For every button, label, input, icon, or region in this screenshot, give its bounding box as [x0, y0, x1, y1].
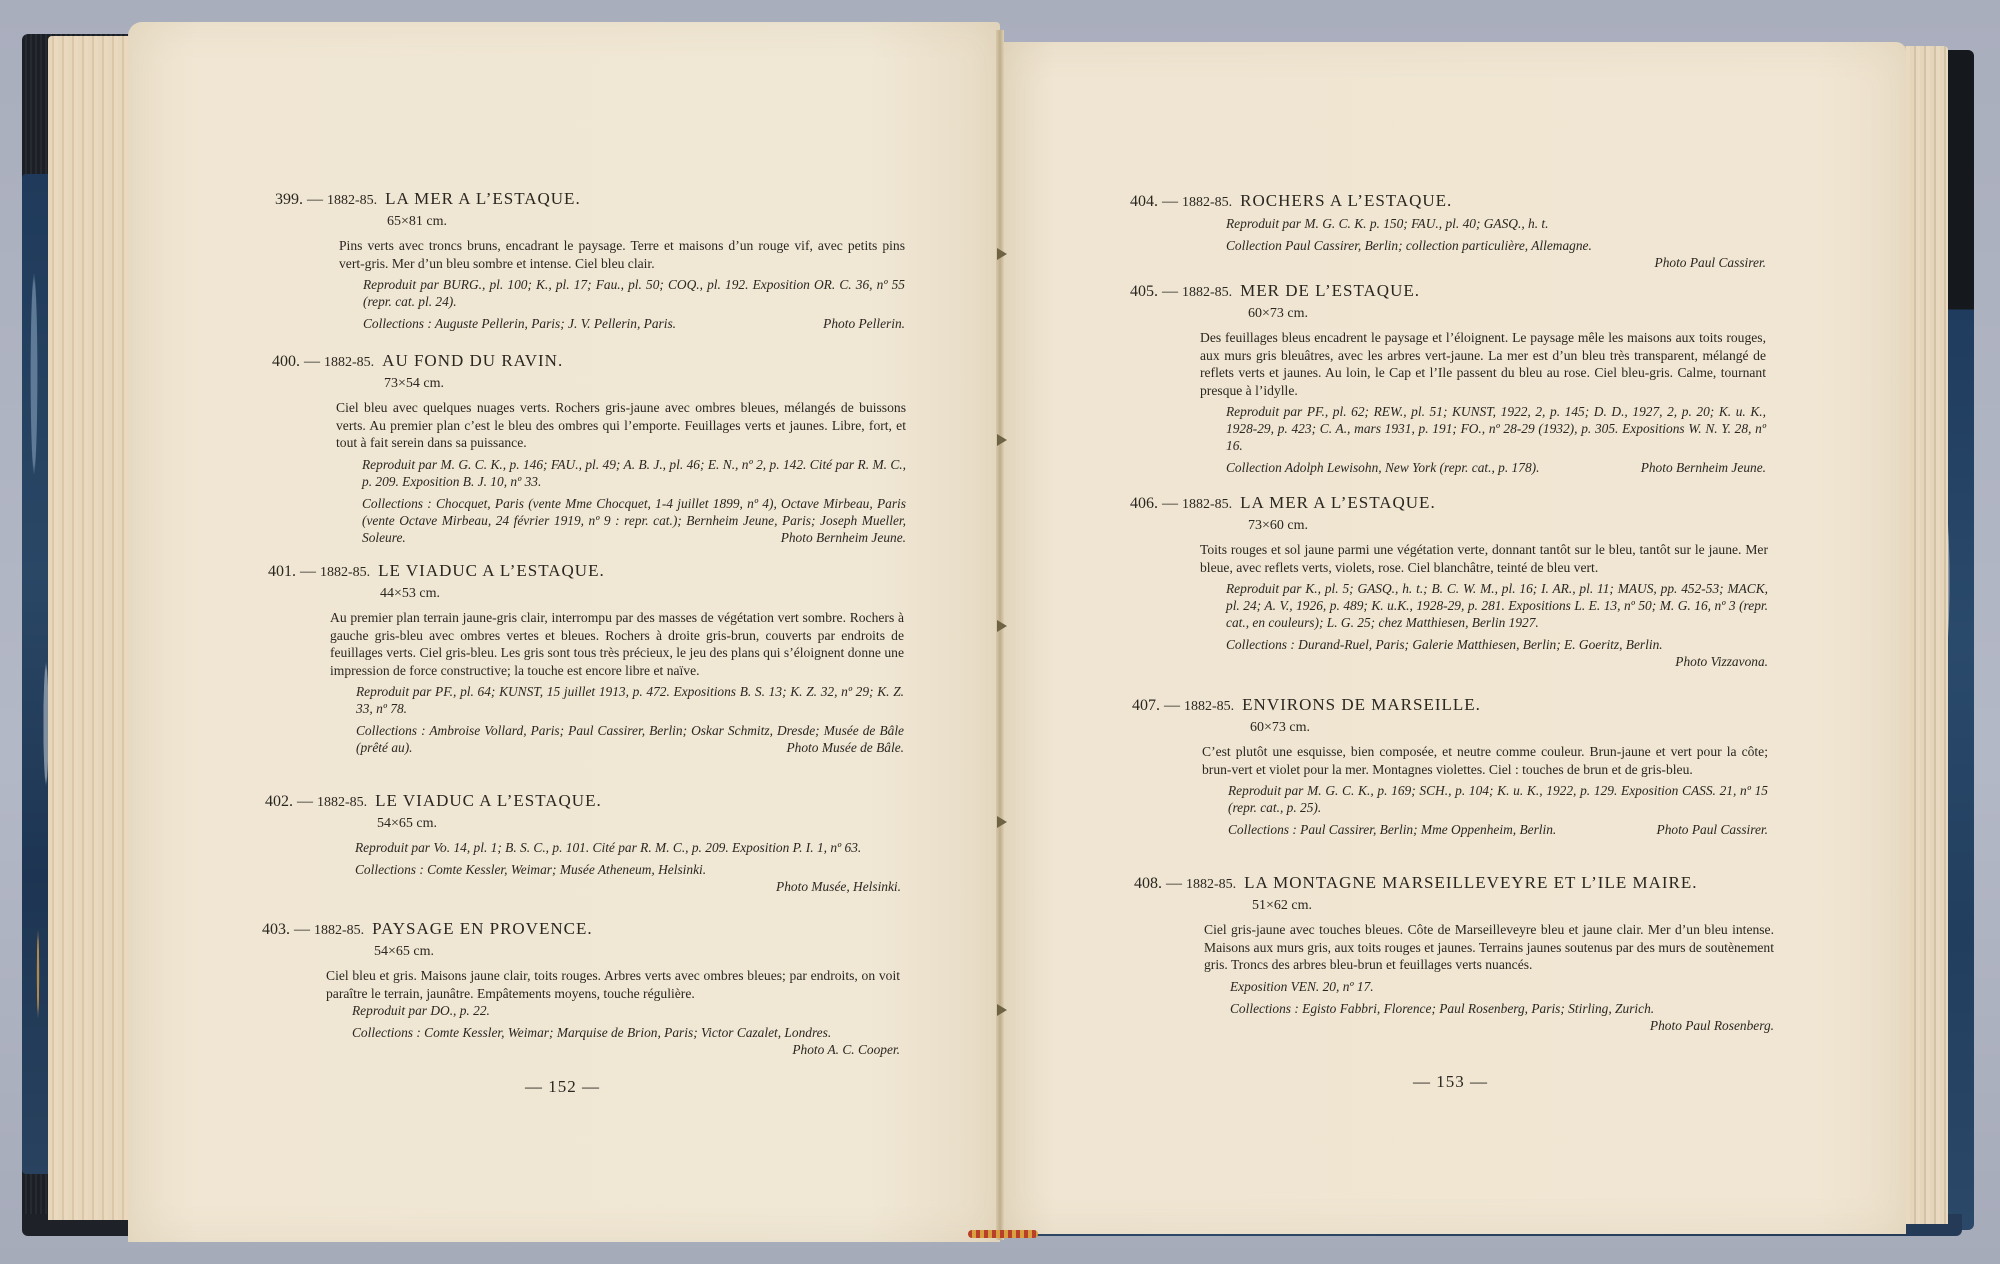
catalogue-entry-403: 403.—1882-85.PAYSAGE EN PROVENCE. 54×65 … [262, 920, 900, 1058]
entry-photo-credit: Photo A. C. Cooper. [262, 1041, 900, 1058]
entry-heading: 404.—1882-85.ROCHERS A L’ESTAQUE. [1130, 192, 1766, 212]
entry-title: MER DE L’ESTAQUE. [1240, 281, 1420, 300]
entry-description: Au premier plan terrain jaune-gris clair… [330, 609, 904, 679]
catalogue-entry-402: 402.—1882-85.LE VIADUC A L’ESTAQUE. 54×6… [265, 792, 901, 895]
entry-reproductions: Reproduit par PF., pl. 64; KUNST, 15 jui… [356, 683, 904, 717]
entry-photo-credit: Photo Paul Cassirer. [1657, 821, 1768, 838]
entry-collections: Collections : Paul Cassirer, Berlin; Mme… [1228, 821, 1556, 838]
entry-reproductions: Reproduit par M. G. C. K. p. 150; FAU., … [1226, 215, 1766, 232]
entry-reproductions: Exposition VEN. 20, nº 17. [1230, 978, 1774, 995]
entry-date: 1882-85. [314, 923, 364, 938]
entry-number: 400. [272, 353, 300, 370]
page-number-153: — 153 — [1413, 1072, 1488, 1092]
entry-reproductions: Reproduit par BURG., pl. 100; K., pl. 17… [363, 276, 905, 310]
page-stack-right [1900, 46, 1948, 1224]
entry-photo-credit: Photo Musée, Helsinki. [265, 878, 901, 895]
entry-title: AU FOND DU RAVIN. [382, 351, 563, 370]
entry-dimensions: 73×54 cm. [384, 375, 906, 393]
book-gutter [996, 30, 1004, 1240]
entry-heading: 401.—1882-85.LE VIADUC A L’ESTAQUE. [268, 562, 904, 582]
entry-heading: 399.—1882-85.LA MER A L’ESTAQUE. [275, 190, 905, 210]
catalogue-entry-401: 401.—1882-85.LE VIADUC A L’ESTAQUE. 44×5… [268, 562, 904, 756]
entry-collections: Collection Adolph Lewisohn, New York (re… [1226, 459, 1539, 476]
page-stack-left [48, 36, 130, 1220]
entry-reproductions: Reproduit par DO., p. 22. [352, 1002, 900, 1019]
entry-collections: Collection Paul Cassirer, Berlin; collec… [1226, 237, 1766, 254]
entry-date: 1882-85. [324, 355, 374, 370]
entry-description: Ciel gris-jaune avec touches bleues. Côt… [1204, 921, 1774, 974]
catalogue-entry-405: 405.—1882-85.MER DE L’ESTAQUE. 60×73 cm.… [1130, 282, 1766, 476]
entry-photo-credit: Photo Vizzavona. [1130, 653, 1768, 670]
entry-title: LE VIADUC A L’ESTAQUE. [378, 561, 605, 580]
entry-dimensions: 65×81 cm. [387, 213, 905, 231]
entry-dimensions: 60×73 cm. [1248, 305, 1766, 323]
entry-title: LA MER A L’ESTAQUE. [1240, 493, 1436, 512]
entry-reproductions: Reproduit par PF., pl. 62; REW., pl. 51;… [1226, 403, 1766, 454]
entry-heading: 407.—1882-85.ENVIRONS DE MARSEILLE. [1132, 696, 1768, 716]
entry-date: 1882-85. [1182, 285, 1232, 300]
entry-title: LE VIADUC A L’ESTAQUE. [375, 791, 602, 810]
entry-dimensions: 54×65 cm. [377, 815, 901, 833]
entry-title: LA MONTAGNE MARSEILLEVEYRE ET L’ILE MAIR… [1244, 873, 1697, 892]
entry-title: ENVIRONS DE MARSEILLE. [1242, 695, 1481, 714]
entry-description: Des feuillages bleus encadrent le paysag… [1200, 329, 1766, 399]
entry-number: 407. [1132, 697, 1160, 714]
entry-description: Ciel bleu et gris. Maisons jaune clair, … [326, 967, 900, 1002]
entry-heading: 402.—1882-85.LE VIADUC A L’ESTAQUE. [265, 792, 901, 812]
entry-number: 403. [262, 921, 290, 938]
entry-number: 404. [1130, 193, 1158, 210]
entry-number: 408. [1134, 875, 1162, 892]
entry-date: 1882-85. [1184, 699, 1234, 714]
entry-number: 402. [265, 793, 293, 810]
entry-heading: 405.—1882-85.MER DE L’ESTAQUE. [1130, 282, 1766, 302]
entry-title: LA MER A L’ESTAQUE. [385, 189, 581, 208]
entry-description: Toits rouges et sol jaune parmi une végé… [1200, 541, 1768, 576]
entry-description: Pins verts avec troncs bruns, encadrant … [339, 237, 905, 272]
entry-heading: 408.—1882-85.LA MONTAGNE MARSEILLEVEYRE … [1134, 874, 1774, 894]
entry-date: 1882-85. [320, 565, 370, 580]
entry-number: 401. [268, 563, 296, 580]
catalogue-entry-400: 400.—1882-85.AU FOND DU RAVIN. 73×54 cm.… [272, 352, 906, 546]
entry-collections: Collections : Comte Kessler, Weimar; Mus… [355, 861, 901, 878]
entry-title: ROCHERS A L’ESTAQUE. [1240, 191, 1452, 210]
entry-collections: Collections : Durand-Ruel, Paris; Galeri… [1226, 636, 1768, 653]
entry-date: 1882-85. [1182, 195, 1232, 210]
entry-description: Ciel bleu avec quelques nuages verts. Ro… [336, 399, 906, 452]
entry-description: C’est plutôt une esquisse, bien composée… [1202, 743, 1768, 778]
entry-reproductions: Reproduit par M. G. C. K., p. 169; SCH.,… [1228, 782, 1768, 816]
entry-photo-credit: Photo Paul Rosenberg. [1134, 1017, 1774, 1034]
entry-number: 406. [1130, 495, 1158, 512]
entry-reproductions: Reproduit par M. G. C. K., p. 146; FAU.,… [362, 456, 906, 490]
entry-number: 399. [275, 191, 303, 208]
entry-collections: Collections : Egisto Fabbri, Florence; P… [1230, 1000, 1774, 1017]
entry-collections: Collections : Comte Kessler, Weimar; Mar… [352, 1024, 900, 1041]
entry-dimensions: 54×65 cm. [374, 943, 900, 961]
entry-dimensions: 44×53 cm. [380, 585, 904, 603]
entry-heading: 400.—1882-85.AU FOND DU RAVIN. [272, 352, 906, 372]
page-number-152: — 152 — [525, 1077, 600, 1097]
catalogue-entry-404: 404.—1882-85.ROCHERS A L’ESTAQUE. Reprod… [1130, 192, 1766, 271]
catalogue-entry-406: 406.—1882-85.LA MER A L’ESTAQUE. 73×60 c… [1130, 494, 1768, 670]
entry-title: PAYSAGE EN PROVENCE. [372, 919, 592, 938]
catalogue-entry-407: 407.—1882-85.ENVIRONS DE MARSEILLE. 60×7… [1132, 696, 1768, 838]
entry-reproductions: Reproduit par Vo. 14, pl. 1; B. S. C., p… [355, 839, 901, 856]
entry-heading: 406.—1882-85.LA MER A L’ESTAQUE. [1130, 494, 1768, 514]
entry-dimensions: 73×60 cm. [1248, 517, 1768, 535]
entry-photo-credit: Photo Paul Cassirer. [1130, 254, 1766, 271]
entry-number: 405. [1130, 283, 1158, 300]
entry-heading: 403.—1882-85.PAYSAGE EN PROVENCE. [262, 920, 900, 940]
entry-dimensions: 60×73 cm. [1250, 719, 1768, 737]
entry-date: 1882-85. [1186, 877, 1236, 892]
catalogue-entry-399: 399.—1882-85.LA MER A L’ESTAQUE. 65×81 c… [275, 190, 905, 332]
book-headband [968, 1230, 1038, 1238]
entry-date: 1882-85. [1182, 497, 1232, 512]
entry-date: 1882-85. [327, 193, 377, 208]
entry-reproductions: Reproduit par K., pl. 5; GASQ., h. t.; B… [1226, 580, 1768, 631]
entry-photo-credit: Photo Pellerin. [823, 315, 905, 332]
entry-photo-credit: Photo Bernheim Jeune. [1641, 459, 1766, 476]
catalogue-entry-408: 408.—1882-85.LA MONTAGNE MARSEILLEVEYRE … [1134, 874, 1774, 1034]
entry-date: 1882-85. [317, 795, 367, 810]
entry-dimensions: 51×62 cm. [1252, 897, 1774, 915]
entry-collections: Collections : Auguste Pellerin, Paris; J… [363, 315, 676, 332]
